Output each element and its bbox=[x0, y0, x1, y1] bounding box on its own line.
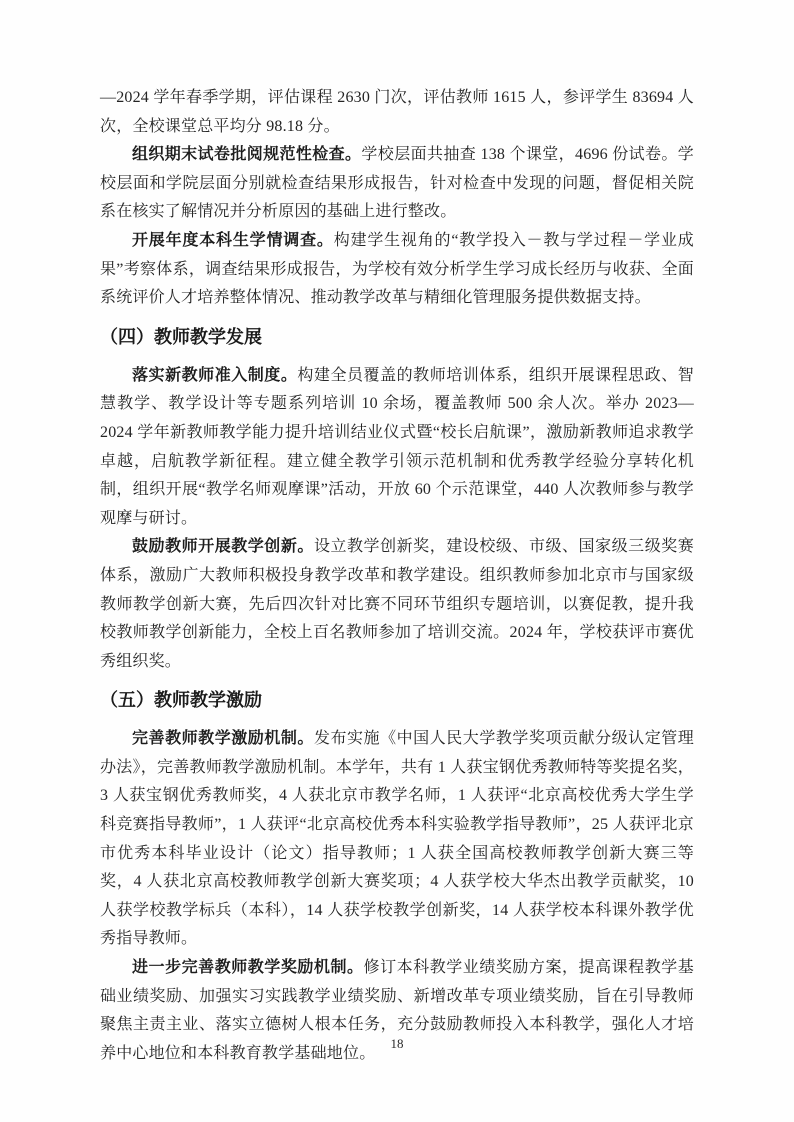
paragraph: 鼓励教师开展教学创新。设立教学创新奖，建设校级、市级、国家级三级奖赛体系，激励广… bbox=[100, 533, 694, 676]
paragraph: 组织期末试卷批阅规范性检查。学校层面共抽查 138 个课堂，4696 份试卷。学… bbox=[100, 141, 694, 227]
section-heading-5: （五）教师教学激励 bbox=[100, 685, 694, 716]
paragraph-text: 设立教学创新奖，建设校级、市级、国家级三级奖赛体系，激励广大教师积极投身教学改革… bbox=[100, 538, 694, 669]
page-content: —2024 学年春季学期，评估课程 2630 门次，评估教师 1615 人，参评… bbox=[100, 84, 694, 1068]
paragraph: 落实新教师准入制度。构建全员覆盖的教师培训体系，组织开展课程思政、智慧教学、教学… bbox=[100, 362, 694, 534]
paragraph-text: 发布实施《中国人民大学教学奖项贡献分级认定管理办法》，完善教师教学激励机制。本学… bbox=[100, 730, 694, 947]
paragraph-lead: 完善教师教学激励机制。 bbox=[132, 730, 314, 747]
paragraph: —2024 学年春季学期，评估课程 2630 门次，评估教师 1615 人，参评… bbox=[100, 84, 694, 141]
paragraph-text: —2024 学年春季学期，评估课程 2630 门次，评估教师 1615 人，参评… bbox=[100, 89, 694, 135]
paragraph-lead: 组织期末试卷批阅规范性检查。 bbox=[132, 146, 361, 163]
paragraph-text: 构建全员覆盖的教师培训体系，组织开展课程思政、智慧教学、教学设计等专题系列培训 … bbox=[100, 367, 694, 527]
page-number: 18 bbox=[0, 1036, 794, 1052]
paragraph-lead: 进一步完善教师教学奖励机制。 bbox=[132, 959, 364, 976]
paragraph: 完善教师教学激励机制。发布实施《中国人民大学教学奖项贡献分级认定管理办法》，完善… bbox=[100, 725, 694, 954]
document-page: —2024 学年春季学期，评估课程 2630 门次，评估教师 1615 人，参评… bbox=[0, 0, 794, 1122]
paragraph-lead: 鼓励教师开展教学创新。 bbox=[132, 538, 314, 555]
paragraph-lead: 落实新教师准入制度。 bbox=[132, 367, 297, 384]
section-heading-4: （四）教师教学发展 bbox=[100, 322, 694, 353]
paragraph: 开展年度本科生学情调查。构建学生视角的“教学投入－教与学过程－学业成果”考察体系… bbox=[100, 227, 694, 313]
paragraph-lead: 开展年度本科生学情调查。 bbox=[132, 232, 334, 249]
